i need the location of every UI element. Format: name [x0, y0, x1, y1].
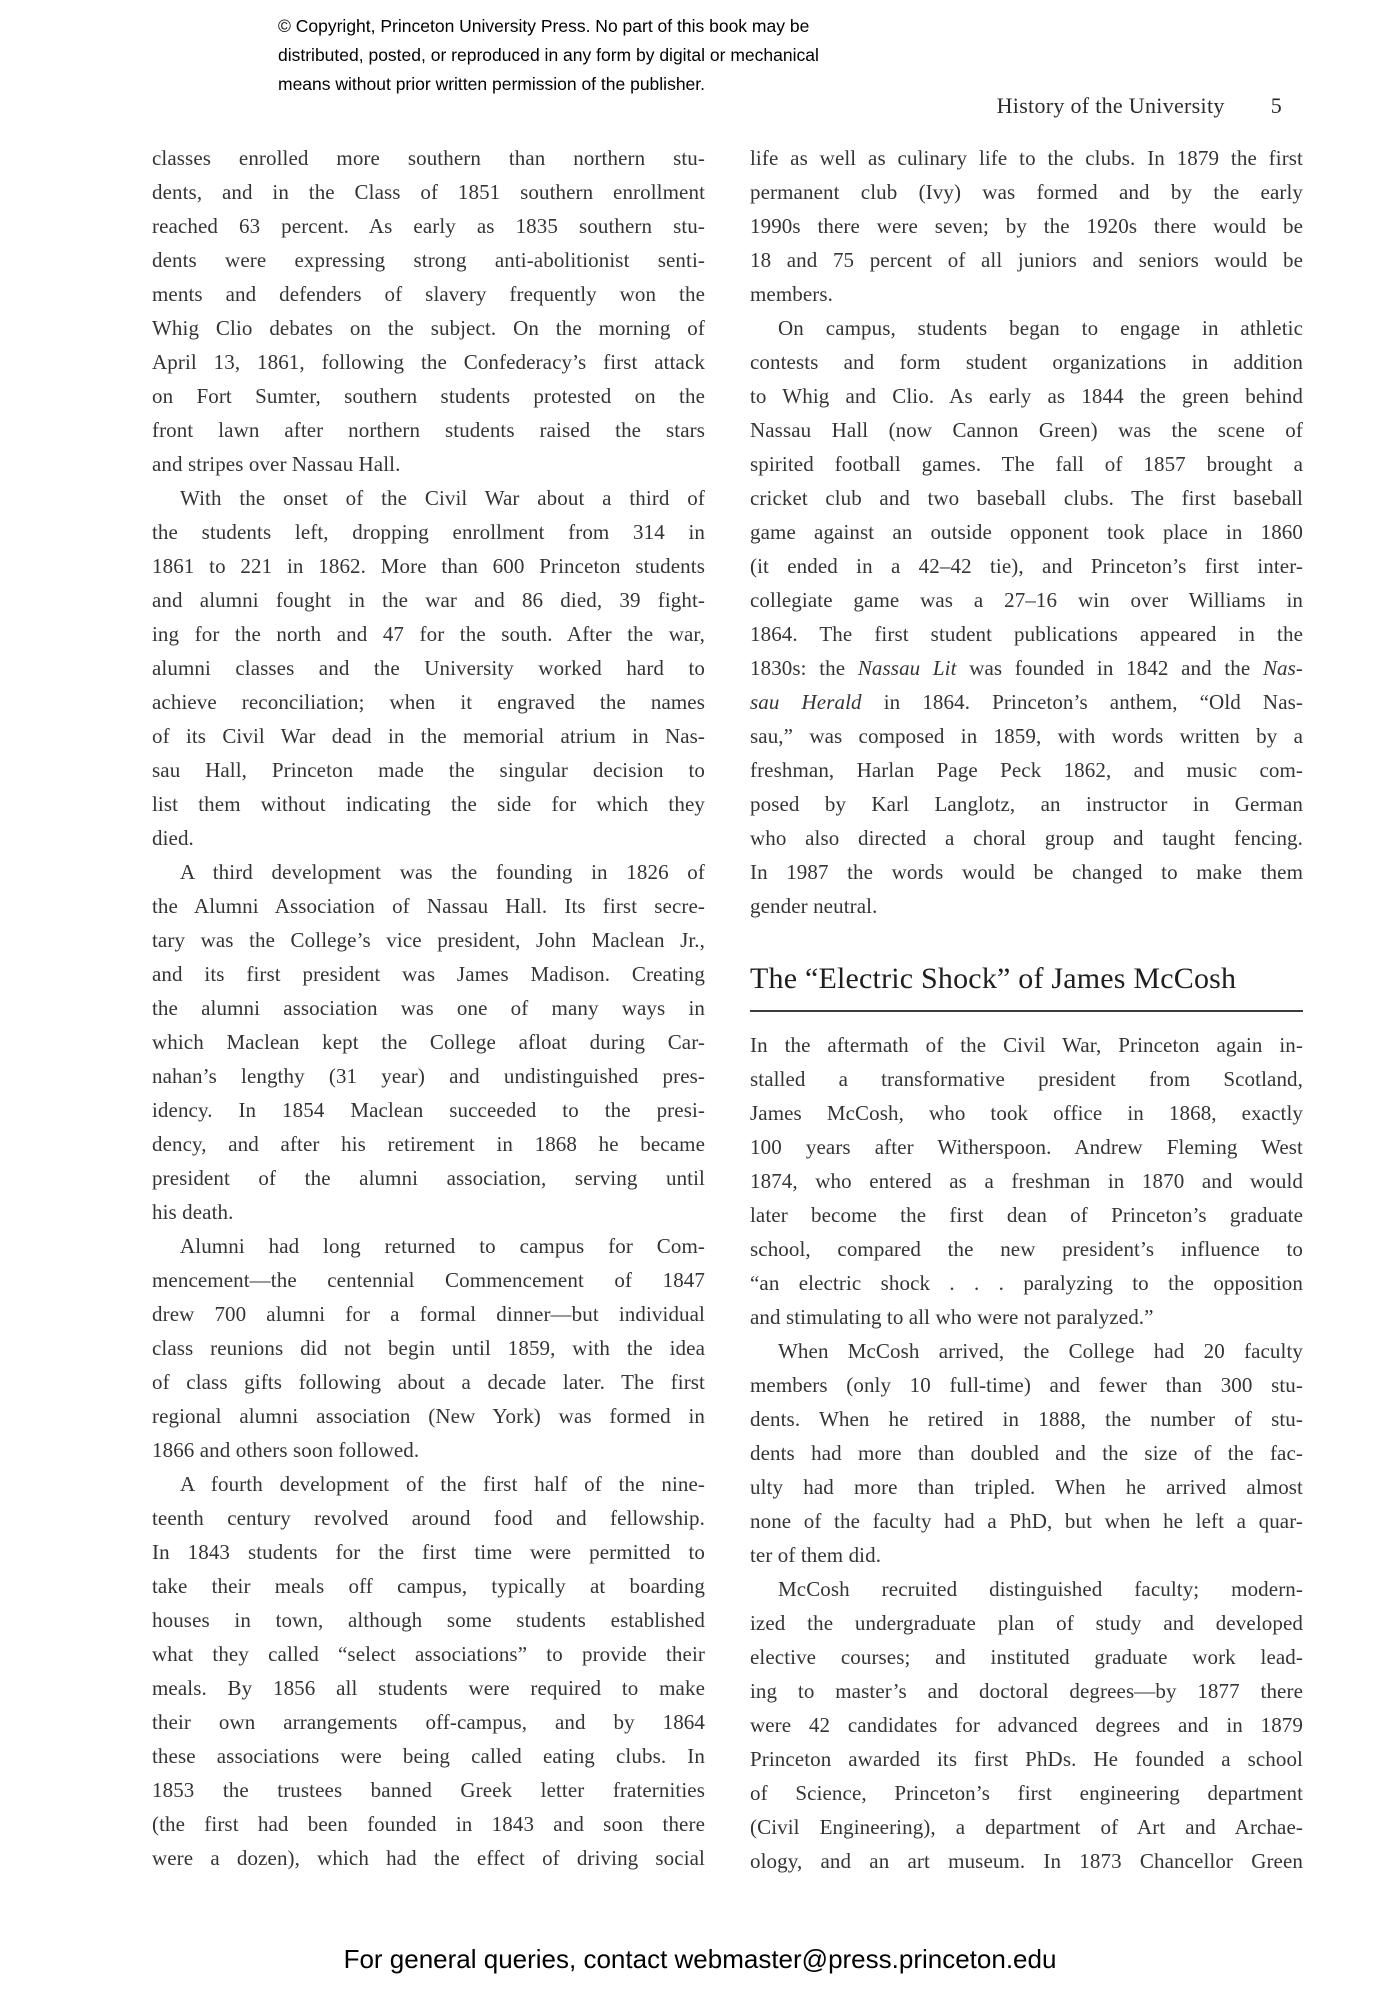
text-line: Princeton awarded its first PhDs. He fou… — [750, 1742, 1303, 1776]
copyright-line: means without prior written permission o… — [278, 70, 819, 99]
text-line: elective courses; and instituted graduat… — [750, 1640, 1303, 1674]
text-line: were a dozen), which had the effect of d… — [152, 1841, 705, 1875]
text-line: and stimulating to all who were not para… — [750, 1300, 1303, 1334]
text-segment: was founded in 1842 and the — [957, 656, 1263, 680]
text-line: of class gifts following about a decade … — [152, 1365, 705, 1399]
text-segment: achieve reconciliation; when it engraved… — [152, 690, 705, 714]
text-line: stalled a transformative president from … — [750, 1062, 1303, 1096]
text-segment: Whig Clio debates on the subject. On the… — [152, 316, 705, 340]
text-line: dents, and in the Class of 1851 southern… — [152, 175, 705, 209]
text-segment: 100 years after Witherspoon. Andrew Flem… — [750, 1135, 1303, 1159]
text-segment: (the first had been founded in 1843 and … — [152, 1812, 705, 1836]
text-segment: 1864. The first student publications app… — [750, 622, 1303, 646]
text-line: ulty had more than tripled. When he arri… — [750, 1470, 1303, 1504]
text-segment: Alumni had long returned to campus for C… — [180, 1234, 705, 1258]
text-segment: were a dozen), which had the effect of d… — [152, 1846, 705, 1870]
text-segment: which Maclean kept the College afloat du… — [152, 1030, 705, 1054]
page-footer: For general queries, contact webmaster@p… — [0, 1944, 1400, 1975]
text-line: dents were expressing strong anti-abolit… — [152, 243, 705, 277]
text-segment: elective courses; and instituted graduat… — [750, 1645, 1303, 1669]
text-line: In the aftermath of the Civil War, Princ… — [750, 1028, 1303, 1062]
text-line: which Maclean kept the College afloat du… — [152, 1025, 705, 1059]
italic-text: sau Herald — [750, 690, 862, 714]
text-line: A third development was the founding in … — [152, 855, 705, 889]
text-segment: what they called “select associations” t… — [152, 1642, 705, 1666]
text-segment: sau,” was composed in 1859, with words w… — [750, 724, 1303, 748]
text-segment: dents. When he retired in 1888, the numb… — [750, 1407, 1303, 1431]
text-line: president of the alumni association, ser… — [152, 1161, 705, 1195]
text-line: posed by Karl Langlotz, an instructor in… — [750, 787, 1303, 821]
text-line: 1861 to 221 in 1862. More than 600 Princ… — [152, 549, 705, 583]
text-segment: on Fort Sumter, southern students protes… — [152, 384, 705, 408]
text-line: dents had more than doubled and the size… — [750, 1436, 1303, 1470]
text-segment: the alumni association was one of many w… — [152, 996, 705, 1020]
text-line: ing for the north and 47 for the south. … — [152, 617, 705, 651]
text-line: sau Herald in 1864. Princeton’s anthem, … — [750, 685, 1303, 719]
text-segment: members. — [750, 282, 833, 306]
text-segment: of class gifts following about a decade … — [152, 1370, 705, 1394]
text-line: James McCosh, who took office in 1868, e… — [750, 1096, 1303, 1130]
text-line: of its Civil War dead in the memorial at… — [152, 719, 705, 753]
left-column: classes enrolled more southern than nort… — [152, 141, 705, 1875]
running-head-title: History of the University — [997, 93, 1225, 119]
section-rule — [750, 1010, 1303, 1012]
text-segment: 1990s there were seven; by the 1920s the… — [750, 214, 1303, 238]
text-segment: later become the first dean of Princeton… — [750, 1203, 1303, 1227]
text-segment: 18 and 75 percent of all juniors and sen… — [750, 248, 1303, 272]
text-line: nahan’s lengthy (31 year) and undistingu… — [152, 1059, 705, 1093]
text-segment: (it ended in a 42–42 tie), and Princeton… — [750, 554, 1303, 578]
text-line: their own arrangements off-campus, and b… — [152, 1705, 705, 1739]
text-line: and its first president was James Madiso… — [152, 957, 705, 991]
text-line: mencement—the centennial Commencement of… — [152, 1263, 705, 1297]
text-segment: their own arrangements off-campus, and b… — [152, 1710, 705, 1734]
text-line: classes enrolled more southern than nort… — [152, 141, 705, 175]
text-segment: ulty had more than tripled. When he arri… — [750, 1475, 1303, 1499]
text-segment: drew 700 alumni for a formal dinner—but … — [152, 1302, 705, 1326]
text-line: the alumni association was one of many w… — [152, 991, 705, 1025]
text-segment: In 1843 students for the first time were… — [152, 1540, 705, 1564]
text-segment: 1830s: the — [750, 656, 858, 680]
text-segment: reached 63 percent. As early as 1835 sou… — [152, 214, 705, 238]
text-line: 1830s: the Nassau Lit was founded in 184… — [750, 651, 1303, 685]
text-segment: posed by Karl Langlotz, an instructor in… — [750, 792, 1303, 816]
text-segment: meals. By 1856 all students were require… — [152, 1676, 705, 1700]
italic-text: Nas- — [1263, 656, 1303, 680]
text-segment: Nassau Hall (now Cannon Green) was the s… — [750, 418, 1303, 442]
text-segment: April 13, 1861, following the Confederac… — [152, 350, 705, 374]
text-line: were 42 candidates for advanced degrees … — [750, 1708, 1303, 1742]
text-line: members. — [750, 277, 1303, 311]
text-segment: his death. — [152, 1200, 233, 1224]
text-segment: ments and defenders of slavery frequentl… — [152, 282, 705, 306]
text-line: 1990s there were seven; by the 1920s the… — [750, 209, 1303, 243]
text-segment: In the aftermath of the Civil War, Princ… — [750, 1033, 1303, 1057]
text-segment: the Alumni Association of Nassau Hall. I… — [152, 894, 705, 918]
text-segment: regional alumni association (New York) w… — [152, 1404, 705, 1428]
text-segment: classes enrolled more southern than nort… — [152, 146, 705, 170]
text-segment: ology, and an art museum. In 1873 Chance… — [750, 1849, 1303, 1873]
text-segment: and alumni fought in the war and 86 died… — [152, 588, 705, 612]
text-line: McCosh recruited distinguished faculty; … — [750, 1572, 1303, 1606]
text-line: tary was the College’s vice president, J… — [152, 923, 705, 957]
text-segment: 1853 the trustees banned Greek letter fr… — [152, 1778, 705, 1802]
text-line: collegiate game was a 27–16 win over Wil… — [750, 583, 1303, 617]
text-segment: houses in town, although some students e… — [152, 1608, 705, 1632]
text-segment: stalled a transformative president from … — [750, 1067, 1303, 1091]
text-line: ized the undergraduate plan of study and… — [750, 1606, 1303, 1640]
text-line: of Science, Princeton’s first engineerin… — [750, 1776, 1303, 1810]
text-line: Whig Clio debates on the subject. On the… — [152, 311, 705, 345]
text-line: Alumni had long returned to campus for C… — [152, 1229, 705, 1263]
text-line: cricket club and two baseball clubs. The… — [750, 481, 1303, 515]
text-segment: in 1864. Princeton’s anthem, “Old Nas- — [862, 690, 1303, 714]
text-line: reached 63 percent. As early as 1835 sou… — [152, 209, 705, 243]
text-line: ing to master’s and doctoral degrees—by … — [750, 1674, 1303, 1708]
text-line: ology, and an art museum. In 1873 Chance… — [750, 1844, 1303, 1878]
copyright-line: distributed, posted, or reproduced in an… — [278, 41, 819, 70]
text-segment: ter of them did. — [750, 1543, 881, 1567]
text-segment: idency. In 1854 Maclean succeeded to the… — [152, 1098, 705, 1122]
text-line: and stripes over Nassau Hall. — [152, 447, 705, 481]
text-segment: teenth century revolved around food and … — [152, 1506, 705, 1530]
section-heading-block: The “Electric Shock” of James McCosh — [750, 959, 1303, 1012]
text-segment: list them without indicating the side fo… — [152, 792, 705, 816]
text-line: alumni classes and the University worked… — [152, 651, 705, 685]
text-line: “an electric shock . . . paralyzing to t… — [750, 1266, 1303, 1300]
text-line: Nassau Hall (now Cannon Green) was the s… — [750, 413, 1303, 447]
text-line: permanent club (Ivy) was formed and by t… — [750, 175, 1303, 209]
text-line: With the onset of the Civil War about a … — [152, 481, 705, 515]
text-segment: of its Civil War dead in the memorial at… — [152, 724, 705, 748]
text-line: freshman, Harlan Page Peck 1862, and mus… — [750, 753, 1303, 787]
text-segment: James McCosh, who took office in 1868, e… — [750, 1101, 1303, 1125]
text-line: 100 years after Witherspoon. Andrew Flem… — [750, 1130, 1303, 1164]
text-line: In 1987 the words would be changed to ma… — [750, 855, 1303, 889]
text-segment: On campus, students began to engage in a… — [778, 316, 1303, 340]
text-segment: ing to master’s and doctoral degrees—by … — [750, 1679, 1303, 1703]
text-line: front lawn after northern students raise… — [152, 413, 705, 447]
text-segment: died. — [152, 826, 194, 850]
text-line: April 13, 1861, following the Confederac… — [152, 345, 705, 379]
text-line: ments and defenders of slavery frequentl… — [152, 277, 705, 311]
text-segment: none of the faculty had a PhD, but when … — [750, 1509, 1303, 1533]
text-line: contests and form student organizations … — [750, 345, 1303, 379]
text-line: teenth century revolved around food and … — [152, 1501, 705, 1535]
text-line: to Whig and Clio. As early as 1844 the g… — [750, 379, 1303, 413]
text-line: 1864. The first student publications app… — [750, 617, 1303, 651]
text-segment: dency, and after his retirement in 1868 … — [152, 1132, 705, 1156]
text-segment: 1874, who entered as a freshman in 1870 … — [750, 1169, 1303, 1193]
text-line: and alumni fought in the war and 86 died… — [152, 583, 705, 617]
text-segment: were 42 candidates for advanced degrees … — [750, 1713, 1303, 1737]
text-segment: these associations were being called eat… — [152, 1744, 705, 1768]
text-line: In 1843 students for the first time were… — [152, 1535, 705, 1569]
text-segment: (Civil Engineering), a department of Art… — [750, 1815, 1303, 1839]
text-segment: spirited football games. The fall of 185… — [750, 452, 1303, 476]
text-segment: ing for the north and 47 for the south. … — [152, 622, 705, 646]
text-segment: dents, and in the Class of 1851 southern… — [152, 180, 705, 204]
text-segment: class reunions did not begin until 1859,… — [152, 1336, 705, 1360]
text-segment: game against an outside opponent took pl… — [750, 520, 1303, 544]
text-segment: dents were expressing strong anti-abolit… — [152, 248, 705, 272]
text-line: achieve reconciliation; when it engraved… — [152, 685, 705, 719]
text-segment: mencement—the centennial Commencement of… — [152, 1268, 705, 1292]
text-line: 1866 and others soon followed. — [152, 1433, 705, 1467]
text-line: the students left, dropping enrollment f… — [152, 515, 705, 549]
text-line: (it ended in a 42–42 tie), and Princeton… — [750, 549, 1303, 583]
text-line: When McCosh arrived, the College had 20 … — [750, 1334, 1303, 1368]
text-segment: front lawn after northern students raise… — [152, 418, 705, 442]
book-page: © Copyright, Princeton University Press.… — [0, 0, 1400, 2000]
text-line: (Civil Engineering), a department of Art… — [750, 1810, 1303, 1844]
text-line: A fourth development of the first half o… — [152, 1467, 705, 1501]
text-segment: When McCosh arrived, the College had 20 … — [778, 1339, 1303, 1363]
text-line: 1874, who entered as a freshman in 1870 … — [750, 1164, 1303, 1198]
text-line: life as well as culinary life to the clu… — [750, 141, 1303, 175]
footer-contact-text: For general queries, contact webmaster@p… — [344, 1944, 1057, 1974]
text-segment: Princeton awarded its first PhDs. He fou… — [750, 1747, 1303, 1771]
text-segment: to Whig and Clio. As early as 1844 the g… — [750, 384, 1303, 408]
text-line: members (only 10 full-time) and fewer th… — [750, 1368, 1303, 1402]
text-line: 18 and 75 percent of all juniors and sen… — [750, 243, 1303, 277]
text-line: drew 700 alumni for a formal dinner—but … — [152, 1297, 705, 1331]
text-line: On campus, students began to engage in a… — [750, 311, 1303, 345]
text-segment: members (only 10 full-time) and fewer th… — [750, 1373, 1303, 1397]
text-line: his death. — [152, 1195, 705, 1229]
text-line: the Alumni Association of Nassau Hall. I… — [152, 889, 705, 923]
text-line: gender neutral. — [750, 889, 1303, 923]
text-segment: contests and form student organizations … — [750, 350, 1303, 374]
text-segment: collegiate game was a 27–16 win over Wil… — [750, 588, 1303, 612]
text-line: 1853 the trustees banned Greek letter fr… — [152, 1773, 705, 1807]
text-segment: McCosh recruited distinguished faculty; … — [778, 1577, 1303, 1601]
text-line: idency. In 1854 Maclean succeeded to the… — [152, 1093, 705, 1127]
text-segment: A third development was the founding in … — [180, 860, 705, 884]
text-segment: cricket club and two baseball clubs. The… — [750, 486, 1303, 510]
text-line: take their meals off campus, typically a… — [152, 1569, 705, 1603]
text-segment: alumni classes and the University worked… — [152, 656, 705, 680]
text-segment: gender neutral. — [750, 894, 877, 918]
text-line: these associations were being called eat… — [152, 1739, 705, 1773]
text-line: later become the first dean of Princeton… — [750, 1198, 1303, 1232]
text-line: sau Hall, Princeton made the singular de… — [152, 753, 705, 787]
text-segment: school, compared the new president’s inf… — [750, 1237, 1303, 1261]
text-line: list them without indicating the side fo… — [152, 787, 705, 821]
text-segment: life as well as culinary life to the clu… — [750, 146, 1303, 170]
italic-text: Nassau Lit — [858, 656, 957, 680]
text-segment: and stripes over Nassau Hall. — [152, 452, 400, 476]
text-segment: and its first president was James Madiso… — [152, 962, 705, 986]
right-column: life as well as culinary life to the clu… — [750, 141, 1303, 1878]
text-segment: take their meals off campus, typically a… — [152, 1574, 705, 1598]
text-segment: the students left, dropping enrollment f… — [152, 520, 705, 544]
copyright-line: © Copyright, Princeton University Press.… — [278, 12, 819, 41]
text-line: dents. When he retired in 1888, the numb… — [750, 1402, 1303, 1436]
text-line: died. — [152, 821, 705, 855]
text-segment: A fourth development of the first half o… — [180, 1472, 705, 1496]
text-segment: sau Hall, Princeton made the singular de… — [152, 758, 705, 782]
text-line: class reunions did not begin until 1859,… — [152, 1331, 705, 1365]
text-line: dency, and after his retirement in 1868 … — [152, 1127, 705, 1161]
text-line: game against an outside opponent took pl… — [750, 515, 1303, 549]
text-line: (the first had been founded in 1843 and … — [152, 1807, 705, 1841]
text-segment: tary was the College’s vice president, J… — [152, 928, 705, 952]
text-segment: of Science, Princeton’s first engineerin… — [750, 1781, 1303, 1805]
page-number: 5 — [1271, 93, 1282, 119]
running-head: History of the University 5 — [997, 93, 1282, 119]
text-segment: “an electric shock . . . paralyzing to t… — [750, 1271, 1303, 1295]
text-line: ter of them did. — [750, 1538, 1303, 1572]
text-line: regional alumni association (New York) w… — [152, 1399, 705, 1433]
text-line: sau,” was composed in 1859, with words w… — [750, 719, 1303, 753]
text-segment: In 1987 the words would be changed to ma… — [750, 860, 1303, 884]
text-segment: nahan’s lengthy (31 year) and undistingu… — [152, 1064, 705, 1088]
text-line: houses in town, although some students e… — [152, 1603, 705, 1637]
text-line: on Fort Sumter, southern students protes… — [152, 379, 705, 413]
text-line: school, compared the new president’s inf… — [750, 1232, 1303, 1266]
text-segment: permanent club (Ivy) was formed and by t… — [750, 180, 1303, 204]
text-segment: who also directed a choral group and tau… — [750, 826, 1303, 850]
text-segment: dents had more than doubled and the size… — [750, 1441, 1303, 1465]
text-line: what they called “select associations” t… — [152, 1637, 705, 1671]
copyright-notice: © Copyright, Princeton University Press.… — [278, 12, 819, 99]
text-segment: ized the undergraduate plan of study and… — [750, 1611, 1303, 1635]
text-segment: 1861 to 221 in 1862. More than 600 Princ… — [152, 554, 705, 578]
text-line: spirited football games. The fall of 185… — [750, 447, 1303, 481]
text-segment: With the onset of the Civil War about a … — [180, 486, 705, 510]
text-line: meals. By 1856 all students were require… — [152, 1671, 705, 1705]
text-segment: president of the alumni association, ser… — [152, 1166, 705, 1190]
text-line: who also directed a choral group and tau… — [750, 821, 1303, 855]
text-segment: and stimulating to all who were not para… — [750, 1305, 1154, 1329]
text-segment: freshman, Harlan Page Peck 1862, and mus… — [750, 758, 1303, 782]
text-segment: 1866 and others soon followed. — [152, 1438, 419, 1462]
section-heading: The “Electric Shock” of James McCosh — [750, 959, 1303, 999]
text-line: none of the faculty had a PhD, but when … — [750, 1504, 1303, 1538]
